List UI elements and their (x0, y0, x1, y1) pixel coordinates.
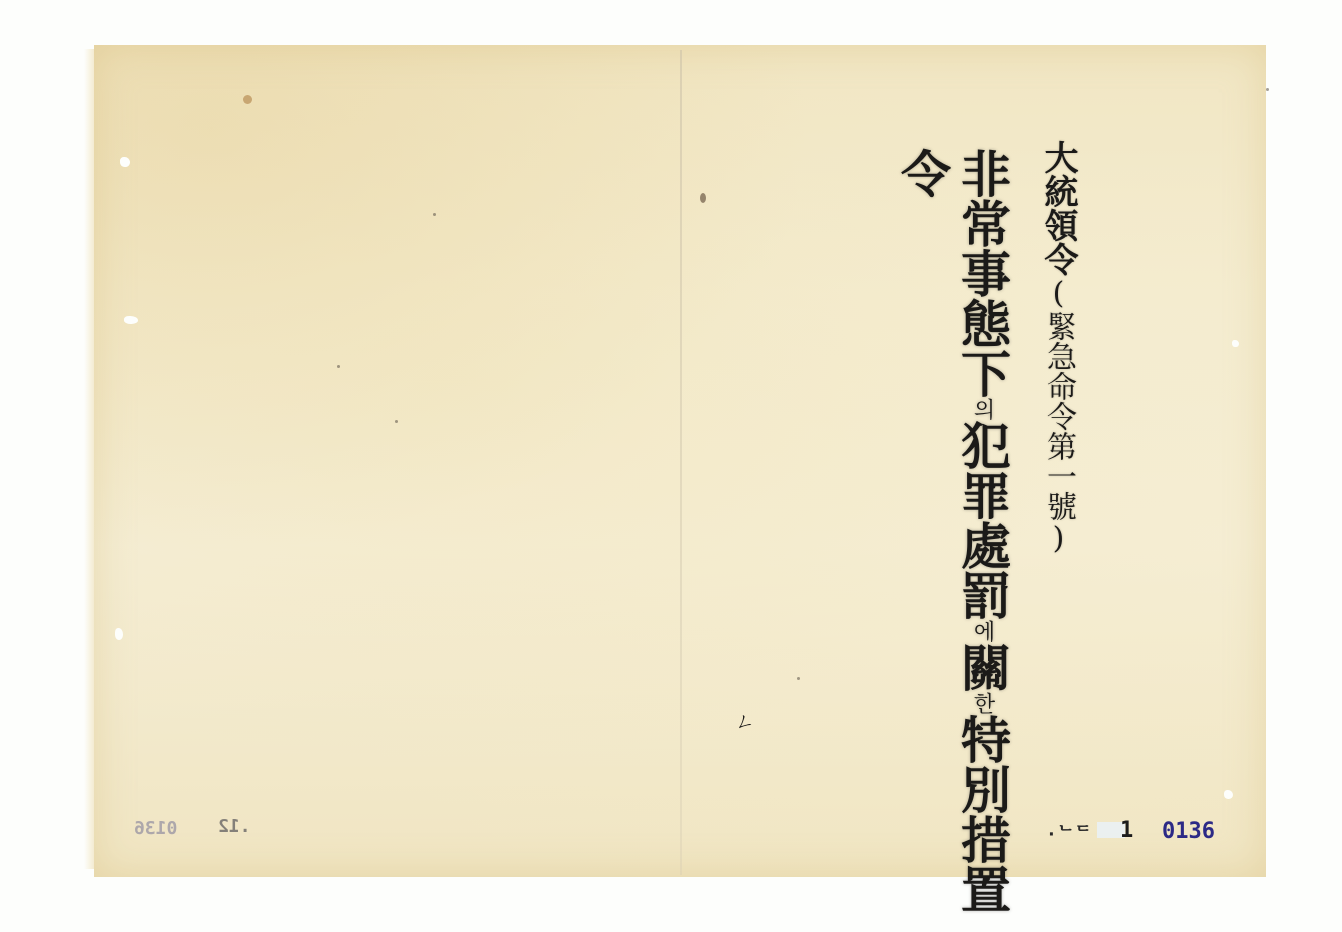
title-part: 關 (953, 642, 1012, 692)
paper-speck (1266, 88, 1269, 91)
center-fold-line (680, 50, 682, 875)
bleed-through-prefix: .12 (218, 816, 251, 837)
paper-hole (1232, 340, 1239, 347)
stain-spot (243, 95, 252, 104)
decree-title: 非常事態下의犯罪處罰에關한特別措置令 (892, 148, 1012, 932)
bleed-through-number: 0136 (134, 818, 177, 839)
paper-speck (797, 677, 800, 680)
stamp-prefix-mark: ·ᄂᄃ (1046, 820, 1092, 846)
paper-speck (433, 213, 436, 216)
decree-subtitle: 大統領令(緊急命令第一號) (1038, 140, 1078, 556)
subtitle-open-paren: ( (1041, 276, 1076, 311)
scanned-document-canvas: 大統領令(緊急命令第一號) 非常事態下의犯罪處罰에關한特別措置令 ㄥ ·ᄂᄃ 1… (0, 0, 1342, 932)
stamp-page-digit: 1 (1120, 818, 1133, 843)
paper-hole (124, 316, 138, 324)
title-part: 非常事態下 (953, 148, 1012, 398)
paper-speck (337, 365, 340, 368)
title-particle: 에 (970, 620, 995, 642)
paper-hole (120, 157, 130, 167)
title-part: 犯罪處罰 (953, 420, 1012, 620)
title-particle: 의 (970, 398, 995, 420)
stain-spot (700, 193, 706, 203)
paper-hole (115, 628, 123, 640)
paper-hole (1224, 790, 1233, 799)
paper-speck (395, 420, 398, 423)
archive-number-stamp: 0136 (1162, 819, 1215, 844)
subtitle-main: 大統領令 (1038, 140, 1078, 276)
subtitle-inner: 緊急命令第一號 (1041, 311, 1076, 521)
title-particle: 한 (970, 692, 995, 714)
subtitle-close-paren: ) (1041, 521, 1076, 556)
